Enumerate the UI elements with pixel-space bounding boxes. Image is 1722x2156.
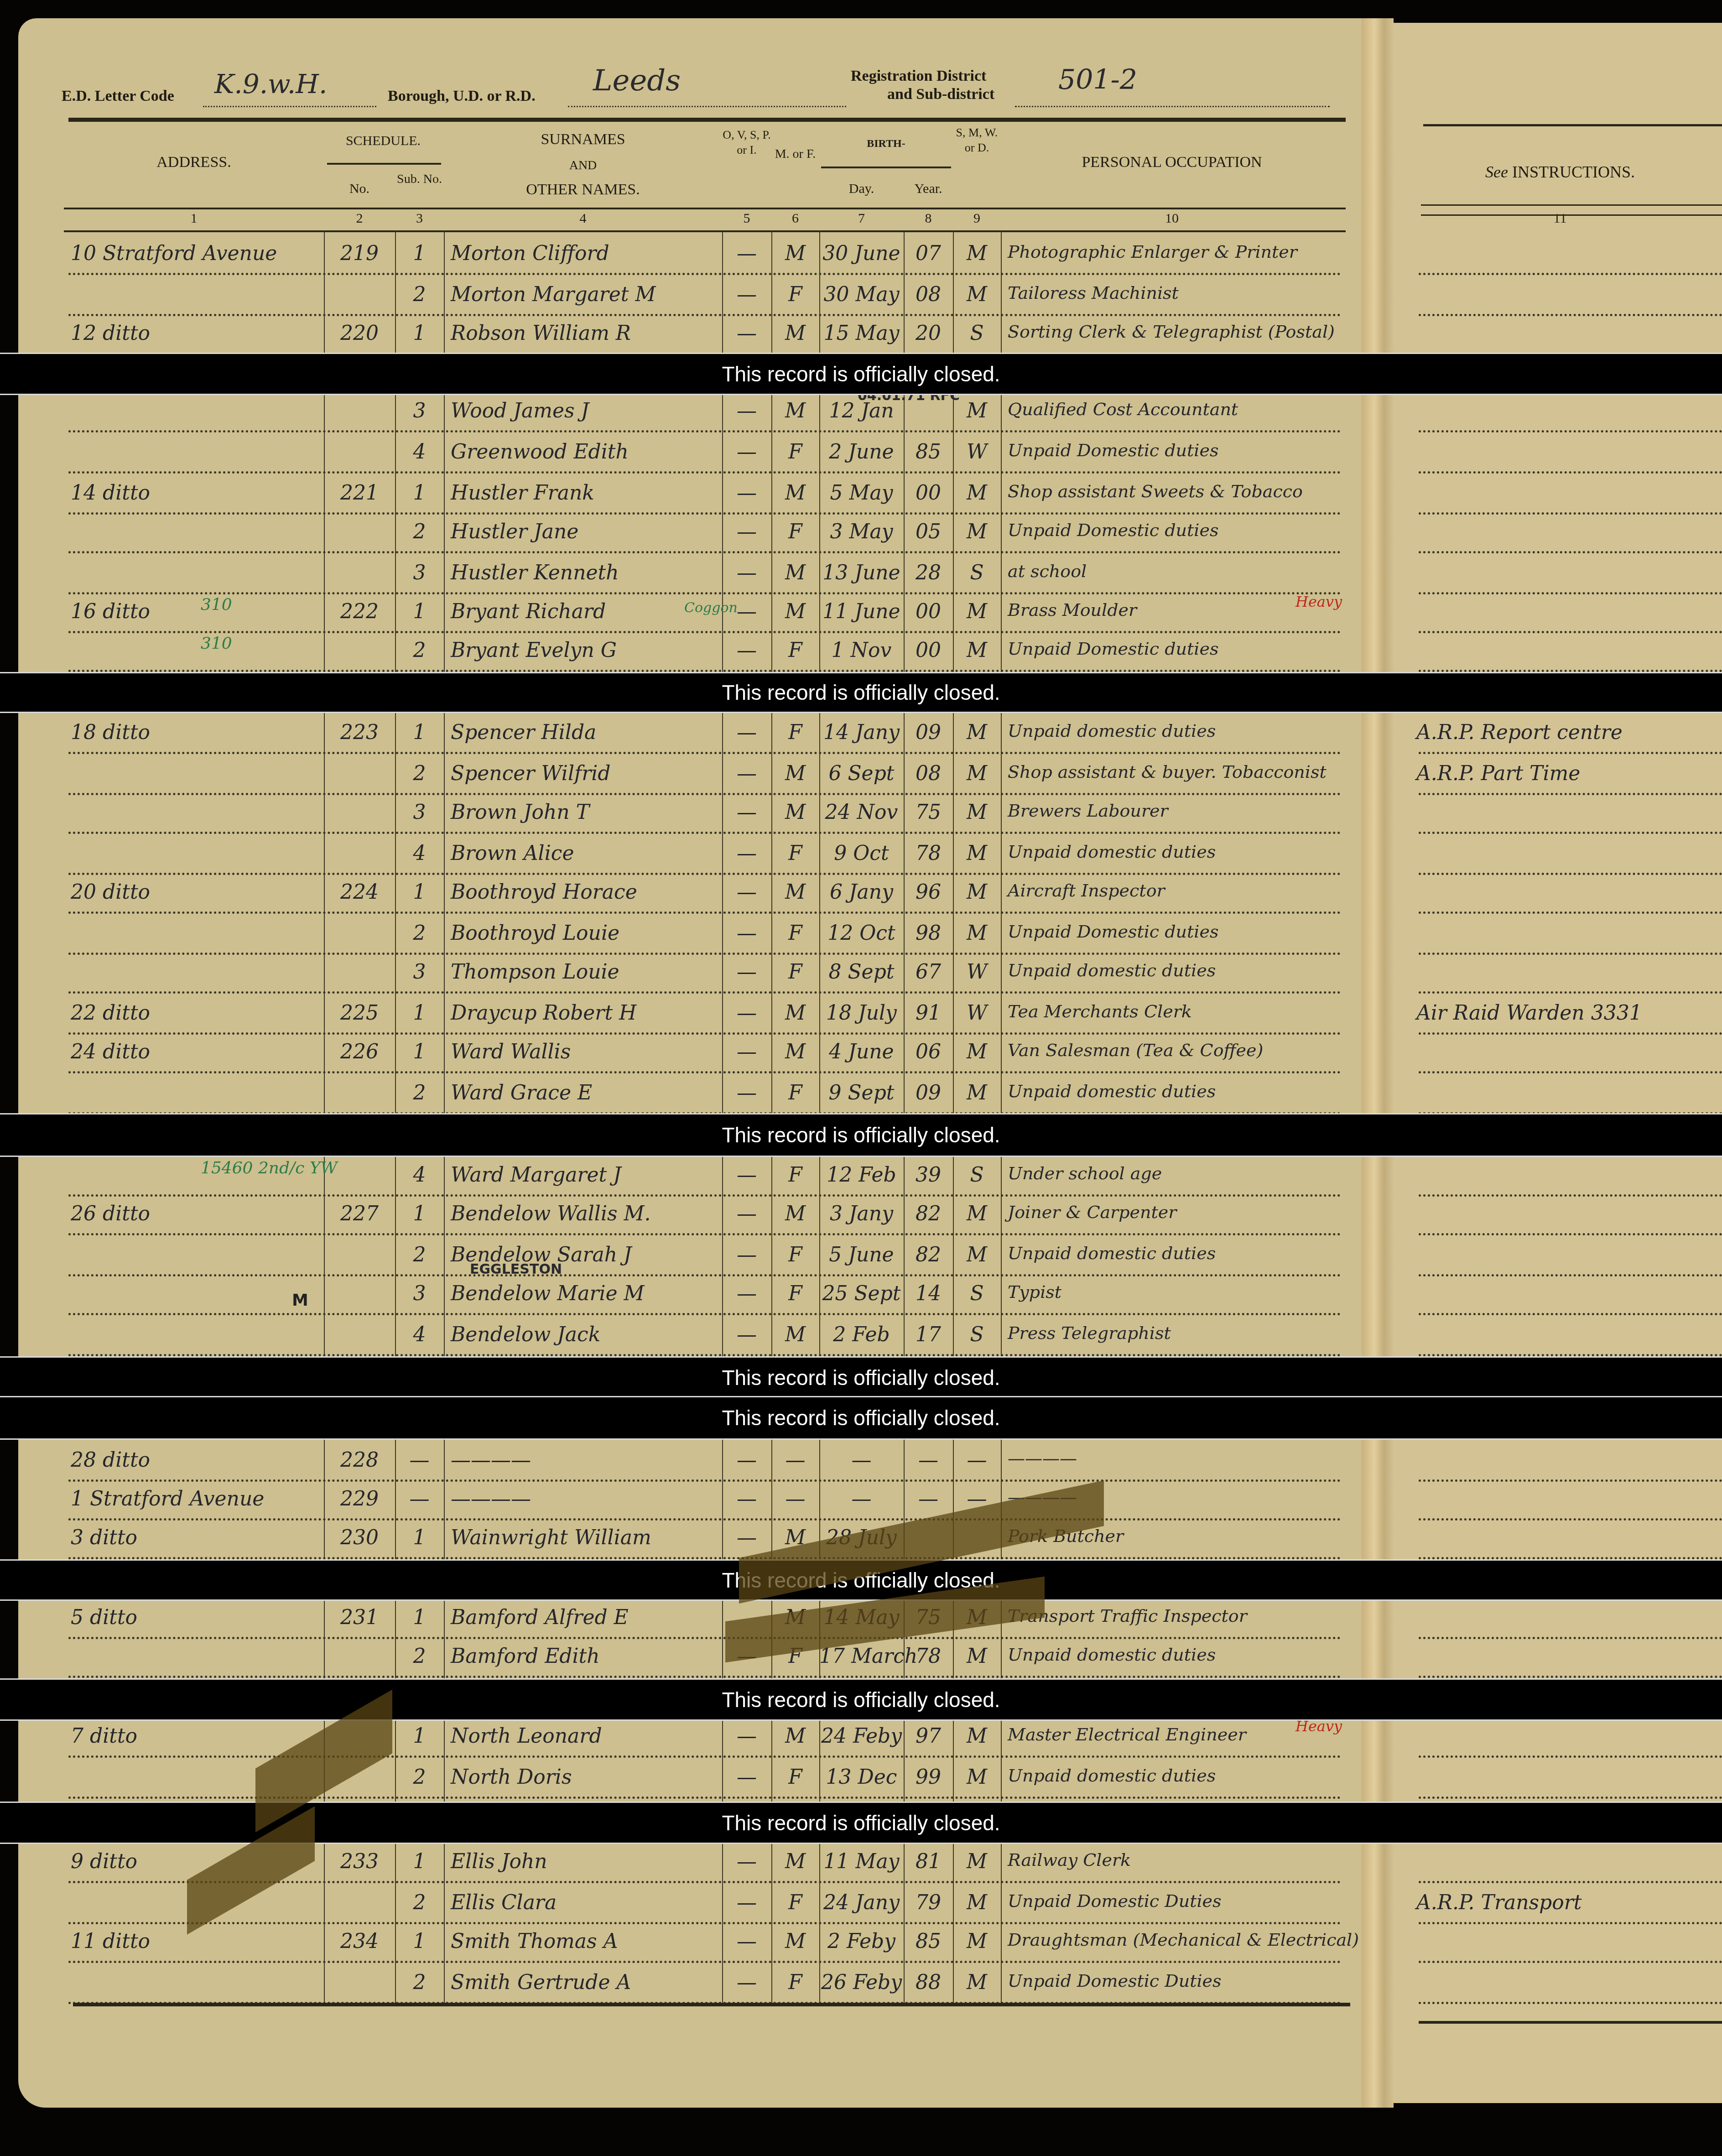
cell-year: 09 bbox=[904, 1081, 953, 1104]
col-number-5: 5 bbox=[722, 211, 771, 226]
cell-sub: 1 bbox=[395, 1040, 444, 1063]
cell-status: M bbox=[953, 1724, 1001, 1748]
row-rule bbox=[68, 273, 1341, 275]
cell-status: S bbox=[953, 561, 1001, 584]
cell-year: 39 bbox=[904, 1163, 953, 1187]
row-rule-right bbox=[1419, 1755, 1722, 1758]
cell-ovspi: — bbox=[722, 1930, 771, 1953]
see-label: See bbox=[1485, 163, 1508, 181]
cell-col11: A.R.P. Report centre bbox=[1416, 721, 1623, 744]
address-annotation: 310 bbox=[201, 634, 232, 653]
cell-sex: — bbox=[771, 1448, 819, 1472]
cell-day: 9 Oct bbox=[819, 842, 904, 865]
cell-name: Bendelow Marie M bbox=[451, 1282, 645, 1305]
cell-sex: M bbox=[771, 1040, 819, 1063]
cell-name: Draycup Robert H bbox=[451, 1001, 636, 1025]
cell-status: M bbox=[953, 880, 1001, 904]
closed-record-notice: This record is officially closed. bbox=[722, 1811, 1000, 1835]
cell-year: 67 bbox=[904, 960, 953, 984]
row-rule bbox=[68, 314, 1341, 316]
row-rule bbox=[68, 1637, 1341, 1639]
cell-ovspi: — bbox=[722, 561, 771, 584]
borough-underline bbox=[568, 106, 846, 107]
cell-status: M bbox=[953, 1243, 1001, 1266]
cell-occupation: Unpaid Domestic duties bbox=[1008, 440, 1218, 460]
cell-year: — bbox=[904, 1448, 953, 1472]
cell-day: 26 Feby bbox=[819, 1971, 904, 1994]
cell-ovspi: — bbox=[722, 1526, 771, 1549]
row-rule bbox=[68, 1233, 1341, 1235]
col-header-sex: M. or F. bbox=[771, 146, 819, 162]
ed-letter-code-underline bbox=[203, 106, 376, 107]
row-rule bbox=[68, 430, 1341, 432]
cell-sub: 1 bbox=[395, 721, 444, 744]
column-divider bbox=[324, 392, 325, 672]
column-divider bbox=[444, 1718, 445, 1802]
cell-col11: Air Raid Warden 3331 bbox=[1416, 1001, 1642, 1025]
cell-sub: 2 bbox=[395, 922, 444, 945]
cell-day: 13 June bbox=[819, 561, 904, 584]
closed-record-bar: This record is officially closed. bbox=[0, 1396, 1722, 1440]
cell-occupation: Unpaid Domestic duties bbox=[1008, 922, 1218, 942]
closed-record-bar: This record is officially closed. bbox=[0, 1678, 1722, 1721]
row-rule-right bbox=[1419, 1274, 1722, 1276]
cell-occupation: Qualified Cost Accountant bbox=[1008, 399, 1238, 419]
cell-name: Morton Margaret M bbox=[451, 283, 656, 306]
row-rule-right bbox=[1419, 592, 1722, 594]
cell-name: ———— bbox=[451, 1487, 531, 1510]
col-number-9: 9 bbox=[953, 211, 1001, 226]
cell-name: Ellis John bbox=[451, 1850, 547, 1873]
cell-year: 78 bbox=[904, 842, 953, 865]
cell-ovspi: — bbox=[722, 1243, 771, 1266]
cell-name: Bamford Edith bbox=[451, 1645, 600, 1668]
row-rule bbox=[68, 752, 1341, 754]
column-divider bbox=[324, 1154, 325, 1356]
cell-occupation: Unpaid Domestic duties bbox=[1008, 639, 1218, 659]
row-rule bbox=[68, 1313, 1341, 1315]
col-number-6: 6 bbox=[771, 211, 819, 226]
cell-year: 85 bbox=[904, 1930, 953, 1953]
cell-occupation: Tea Merchants Clerk bbox=[1008, 1001, 1192, 1021]
cell-ovspi: — bbox=[722, 1850, 771, 1873]
cell-ovspi: — bbox=[722, 1765, 771, 1789]
cell-address: 11 ditto bbox=[71, 1930, 150, 1953]
cell-occupation: Unpaid domestic duties bbox=[1008, 842, 1216, 862]
cell-sub: 2 bbox=[395, 1891, 444, 1914]
cell-name: Boothroyd Louie bbox=[451, 922, 619, 945]
closed-record-notice: This record is officially closed. bbox=[722, 362, 1000, 386]
cell-status: M bbox=[953, 1971, 1001, 1994]
cell-status: M bbox=[953, 1850, 1001, 1873]
cell-schedule: 231 bbox=[324, 1606, 395, 1629]
cell-occupation: Railway Clerk bbox=[1008, 1850, 1131, 1870]
row-rule-right bbox=[1419, 1071, 1722, 1073]
cell-year: 08 bbox=[904, 283, 953, 306]
cell-ovspi: — bbox=[722, 1202, 771, 1225]
cell-day: 4 June bbox=[819, 1040, 904, 1063]
cell-name: Wood James J bbox=[451, 399, 589, 422]
col-header-smwd: S, M, W. or D. bbox=[953, 125, 1001, 155]
cell-status: M bbox=[953, 721, 1001, 744]
borough-value: Leeds bbox=[593, 64, 681, 98]
col-header-schedule-sub: Sub. No. bbox=[395, 171, 444, 187]
cell-sub: 1 bbox=[395, 1930, 444, 1953]
cell-sex: M bbox=[771, 762, 819, 785]
cell-day: 12 Feb bbox=[819, 1163, 904, 1187]
col-header-names-3: OTHER NAMES. bbox=[444, 180, 722, 200]
row-rule bbox=[68, 911, 1341, 914]
cell-ovspi: — bbox=[722, 283, 771, 306]
cell-sex: F bbox=[771, 1243, 819, 1266]
col-number-4: 4 bbox=[444, 211, 722, 226]
cell-day: 18 July bbox=[819, 1001, 904, 1025]
cell-day: 17 March bbox=[819, 1645, 904, 1668]
cell-sex: M bbox=[771, 880, 819, 904]
cell-schedule: 234 bbox=[324, 1930, 395, 1953]
col-header-ovspi: O, V, S, P. or I. bbox=[722, 128, 771, 157]
cell-ovspi: — bbox=[722, 922, 771, 945]
cell-status: M bbox=[953, 242, 1001, 265]
cell-year: 96 bbox=[904, 880, 953, 904]
cell-col11: A.R.P. Part Time bbox=[1416, 762, 1580, 785]
cell-status: S bbox=[953, 322, 1001, 345]
row-rule bbox=[68, 1961, 1341, 1963]
right-page-rule-top bbox=[1423, 124, 1722, 126]
row-rule-right bbox=[1419, 430, 1722, 432]
cell-address: 28 ditto bbox=[71, 1448, 150, 1472]
cell-occupation: Shop assistant & buyer. Tobacconist bbox=[1008, 762, 1327, 782]
cell-schedule: 220 bbox=[324, 322, 395, 345]
cell-sub: 2 bbox=[395, 1243, 444, 1266]
address-annotation: 15460 2nd/c YW bbox=[201, 1159, 338, 1177]
cell-sex: M bbox=[771, 600, 819, 623]
cell-status: M bbox=[953, 842, 1001, 865]
col-header-names-1: SURNAMES bbox=[444, 130, 722, 150]
cell-schedule: 227 bbox=[324, 1202, 395, 1225]
cell-year: 78 bbox=[904, 1645, 953, 1668]
row-rule-right bbox=[1419, 991, 1722, 994]
cell-sub: 3 bbox=[395, 399, 444, 422]
cell-status: S bbox=[953, 1282, 1001, 1305]
cell-name: Spencer Hilda bbox=[451, 721, 596, 744]
row-rule-right bbox=[1419, 314, 1722, 316]
cell-occupation: Van Salesman (Tea & Coffee) bbox=[1008, 1040, 1263, 1060]
cell-sex: M bbox=[771, 481, 819, 505]
cell-occupation: Master Electrical Engineer bbox=[1008, 1724, 1246, 1745]
row-rule bbox=[68, 1922, 1341, 1924]
cell-day: 15 May bbox=[819, 322, 904, 345]
row-rule-right bbox=[1419, 953, 1722, 955]
cell-occupation: Unpaid domestic duties bbox=[1008, 1081, 1216, 1101]
cell-sex: — bbox=[771, 1487, 819, 1510]
row-rule-right bbox=[1419, 1676, 1722, 1678]
cell-sub: 4 bbox=[395, 842, 444, 865]
cell-day: 2 Feb bbox=[819, 1323, 904, 1346]
cell-sub: 1 bbox=[395, 481, 444, 505]
row-rule-right bbox=[1419, 1518, 1722, 1521]
cell-sub: 2 bbox=[395, 283, 444, 306]
closed-record-bar: This record is officially closed. bbox=[0, 353, 1722, 395]
cell-status: M bbox=[953, 922, 1001, 945]
cell-ovspi: — bbox=[722, 842, 771, 865]
cell-schedule: 230 bbox=[324, 1526, 395, 1549]
col-header-schedule-no: No. bbox=[324, 180, 395, 198]
cell-sub: 4 bbox=[395, 1163, 444, 1187]
row-rule bbox=[68, 592, 1341, 594]
cell-ovspi: — bbox=[722, 1282, 771, 1305]
cell-sex: M bbox=[771, 322, 819, 345]
cell-sub: 1 bbox=[395, 242, 444, 265]
cell-ovspi: — bbox=[722, 1163, 771, 1187]
cell-schedule: 221 bbox=[324, 481, 395, 505]
cell-year: 98 bbox=[904, 922, 953, 945]
cell-sex: F bbox=[771, 721, 819, 744]
cell-status: M bbox=[953, 600, 1001, 623]
row-rule-right bbox=[1419, 1032, 1722, 1035]
cell-year: 88 bbox=[904, 1971, 953, 1994]
cell-sex: M bbox=[771, 801, 819, 824]
cell-day: 24 Feby bbox=[819, 1724, 904, 1748]
ed-letter-code-value: K.9.w.H. bbox=[214, 68, 327, 99]
cell-year: 82 bbox=[904, 1202, 953, 1225]
cell-status: M bbox=[953, 520, 1001, 543]
cell-ovspi: — bbox=[722, 322, 771, 345]
row-rule bbox=[68, 873, 1341, 875]
cell-status: M bbox=[953, 1765, 1001, 1789]
cell-name: Boothroyd Horace bbox=[451, 880, 637, 904]
registration-label-1: Registration District bbox=[851, 68, 986, 85]
cell-day: 12 Oct bbox=[819, 922, 904, 945]
cell-name: Morton Clifford bbox=[451, 242, 609, 265]
cell-sub: — bbox=[395, 1487, 444, 1510]
row-rule-right bbox=[1419, 1881, 1722, 1883]
cell-day: 5 May bbox=[819, 481, 904, 505]
cell-year: 28 bbox=[904, 561, 953, 584]
cell-occupation: Unpaid Domestic duties bbox=[1008, 520, 1218, 540]
cell-address: 10 Stratford Avenue bbox=[71, 242, 277, 265]
cell-day: 11 June bbox=[819, 600, 904, 623]
cell-sub: 1 bbox=[395, 1724, 444, 1748]
cell-address: 5 ditto bbox=[71, 1606, 137, 1629]
cell-occupation: at school bbox=[1008, 561, 1087, 581]
column-divider bbox=[444, 231, 445, 353]
cell-ovspi: — bbox=[722, 1724, 771, 1748]
cell-sex: F bbox=[771, 1163, 819, 1187]
col-number-8: 8 bbox=[904, 211, 953, 226]
cell-sex: M bbox=[771, 1202, 819, 1225]
cell-day: 6 Jany bbox=[819, 880, 904, 904]
cell-ovspi: — bbox=[722, 1001, 771, 1025]
cell-name: Greenwood Edith bbox=[451, 440, 629, 463]
row-rule-right bbox=[1419, 471, 1722, 474]
row-rule-right bbox=[1419, 1797, 1722, 1799]
cell-year: 14 bbox=[904, 1282, 953, 1305]
cell-occupation: Unpaid domestic duties bbox=[1008, 1645, 1216, 1665]
cell-status: M bbox=[953, 283, 1001, 306]
cell-sex: M bbox=[771, 1724, 819, 1748]
cell-occupation: Tailoress Machinist bbox=[1008, 283, 1179, 303]
row-rule-right bbox=[1419, 1922, 1722, 1924]
cell-year: 00 bbox=[904, 639, 953, 662]
cell-sex: F bbox=[771, 1765, 819, 1789]
cell-status: M bbox=[953, 1081, 1001, 1104]
row-rule-right bbox=[1419, 1961, 1722, 1963]
cell-sub: 1 bbox=[395, 1850, 444, 1873]
cell-status: S bbox=[953, 1323, 1001, 1346]
cell-status: W bbox=[953, 1001, 1001, 1025]
cell-ovspi: — bbox=[722, 762, 771, 785]
cell-sub: 2 bbox=[395, 1645, 444, 1668]
cell-occupation: Under school age bbox=[1008, 1163, 1162, 1183]
registration-value: 501-2 bbox=[1058, 64, 1137, 96]
column-divider bbox=[1001, 1718, 1002, 1802]
cell-name: Smith Gertrude A bbox=[451, 1971, 631, 1994]
cell-day: 5 June bbox=[819, 1243, 904, 1266]
name-annotation: Coggon bbox=[684, 600, 738, 616]
cell-address: 14 ditto bbox=[71, 481, 150, 505]
cell-name: North Doris bbox=[451, 1765, 572, 1789]
col-number-2: 2 bbox=[324, 211, 395, 226]
column-divider bbox=[1001, 1154, 1002, 1356]
row-rule-right bbox=[1419, 1194, 1722, 1197]
cell-ovspi: — bbox=[722, 801, 771, 824]
row-rule bbox=[68, 1676, 1341, 1678]
col-header-address: ADDRESS. bbox=[64, 153, 324, 172]
column-divider bbox=[1001, 231, 1002, 353]
cell-sub: 3 bbox=[395, 801, 444, 824]
cell-ovspi: — bbox=[722, 481, 771, 505]
col-header-occupation: PERSONAL OCCUPATION bbox=[1001, 153, 1343, 172]
cell-sub: 1 bbox=[395, 880, 444, 904]
cell-sub: 3 bbox=[395, 960, 444, 984]
cell-year: 08 bbox=[904, 762, 953, 785]
row-rule bbox=[68, 793, 1341, 795]
cell-year: 79 bbox=[904, 1891, 953, 1914]
col-header-birth-year: Year. bbox=[904, 180, 953, 198]
cell-occupation: Photographic Enlarger & Printer bbox=[1008, 242, 1297, 262]
cell-day: 25 Sept bbox=[819, 1282, 904, 1305]
closed-record-notice: This record is officially closed. bbox=[722, 1687, 1000, 1712]
cell-occupation: Typist bbox=[1008, 1282, 1061, 1302]
cell-name: Hustler Jane bbox=[451, 520, 578, 543]
registration-label-2: and Sub-district bbox=[887, 86, 994, 103]
cell-day: — bbox=[819, 1448, 904, 1472]
cell-sex: F bbox=[771, 922, 819, 945]
cell-name: Ward Grace E bbox=[451, 1081, 592, 1104]
cell-schedule: 224 bbox=[324, 880, 395, 904]
row-rule-right bbox=[1419, 512, 1722, 515]
cell-name: Wainwright William bbox=[451, 1526, 651, 1549]
cell-day: 3 May bbox=[819, 520, 904, 543]
cell-name: Bryant Evelyn G bbox=[451, 639, 617, 662]
cell-status: — bbox=[953, 1448, 1001, 1472]
row-rule bbox=[68, 832, 1341, 834]
cell-address: 20 ditto bbox=[71, 880, 150, 904]
cell-occupation: Joiner & Carpenter bbox=[1008, 1202, 1176, 1222]
row-rule-right bbox=[1419, 273, 1722, 275]
cell-occupation: Press Telegraphist bbox=[1008, 1323, 1171, 1343]
cell-status: W bbox=[953, 440, 1001, 463]
cell-sub: 2 bbox=[395, 1765, 444, 1789]
col-header-schedule: SCHEDULE. bbox=[324, 132, 442, 150]
cell-name: Bendelow Jack bbox=[451, 1323, 600, 1346]
column-divider bbox=[444, 392, 445, 672]
cell-year: 06 bbox=[904, 1040, 953, 1063]
cell-sex: F bbox=[771, 520, 819, 543]
row-rule bbox=[68, 953, 1341, 955]
cell-name: Bryant Richard bbox=[451, 600, 606, 623]
cell-status: M bbox=[953, 481, 1001, 505]
row-rule-right bbox=[1419, 1479, 1722, 1482]
borough-label: Borough, U.D. or R.D. bbox=[388, 88, 536, 105]
cell-occupation: Sorting Clerk & Telegraphist (Postal) bbox=[1008, 322, 1335, 342]
book-spine bbox=[1362, 18, 1394, 2108]
cell-year: 17 bbox=[904, 1323, 953, 1346]
cell-name: Hustler Kenneth bbox=[451, 561, 619, 584]
row-rule-right bbox=[1419, 752, 1722, 754]
address-annotation: 310 bbox=[201, 595, 232, 614]
right-page-bottom-rule bbox=[1419, 2021, 1722, 2024]
cell-sub: 1 bbox=[395, 1202, 444, 1225]
cell-name: Thompson Louie bbox=[451, 960, 619, 984]
cell-sex: M bbox=[771, 399, 819, 422]
cell-status: W bbox=[953, 960, 1001, 984]
cell-year: 00 bbox=[904, 481, 953, 505]
cell-name: Robson William R bbox=[451, 322, 631, 345]
cell-address: 16 ditto bbox=[71, 600, 150, 623]
cell-name: Smith Thomas A bbox=[451, 1930, 618, 1953]
cell-name: Ward Margaret J bbox=[451, 1163, 621, 1187]
cell-sex: F bbox=[771, 842, 819, 865]
row-rule bbox=[68, 471, 1341, 474]
row-rule-right bbox=[1419, 911, 1722, 914]
cell-status: M bbox=[953, 1645, 1001, 1668]
cell-day: 24 Nov bbox=[819, 801, 904, 824]
cell-status: M bbox=[953, 1040, 1001, 1063]
cell-ovspi: — bbox=[722, 639, 771, 662]
row-rule-right bbox=[1419, 793, 1722, 795]
cell-ovspi: — bbox=[722, 960, 771, 984]
cell-day: 2 June bbox=[819, 440, 904, 463]
right-page-rule-low bbox=[1421, 214, 1722, 216]
name-annotation: EGGLESTON bbox=[470, 1261, 562, 1277]
cell-sex: F bbox=[771, 1971, 819, 1994]
cell-name: Brown Alice bbox=[451, 842, 574, 865]
cell-day: 1 Nov bbox=[819, 639, 904, 662]
cell-sub: 3 bbox=[395, 1282, 444, 1305]
row-rule bbox=[68, 551, 1341, 553]
cell-sub: 1 bbox=[395, 600, 444, 623]
cell-name: Ellis Clara bbox=[451, 1891, 557, 1914]
cell-day: 2 Feby bbox=[819, 1930, 904, 1953]
cell-occupation: Brewers Labourer bbox=[1008, 801, 1168, 821]
row-rule bbox=[68, 631, 1341, 633]
cell-ovspi: — bbox=[722, 1487, 771, 1510]
cell-ovspi: — bbox=[722, 880, 771, 904]
cell-day: 9 Sept bbox=[819, 1081, 904, 1104]
row-rule bbox=[68, 512, 1341, 515]
row-rule-right bbox=[1419, 2002, 1722, 2004]
cell-name: Bendelow Wallis M. bbox=[451, 1202, 651, 1225]
cell-sub: 4 bbox=[395, 440, 444, 463]
cell-occupation: ———— bbox=[1008, 1448, 1077, 1469]
cell-occupation: Unpaid domestic duties bbox=[1008, 1243, 1216, 1263]
instructions-label: INSTRUCTIONS. bbox=[1512, 163, 1635, 181]
cell-occupation: Aircraft Inspector bbox=[1008, 880, 1165, 901]
cell-address: 1 Stratford Avenue bbox=[71, 1487, 264, 1510]
cell-sex: F bbox=[771, 1891, 819, 1914]
